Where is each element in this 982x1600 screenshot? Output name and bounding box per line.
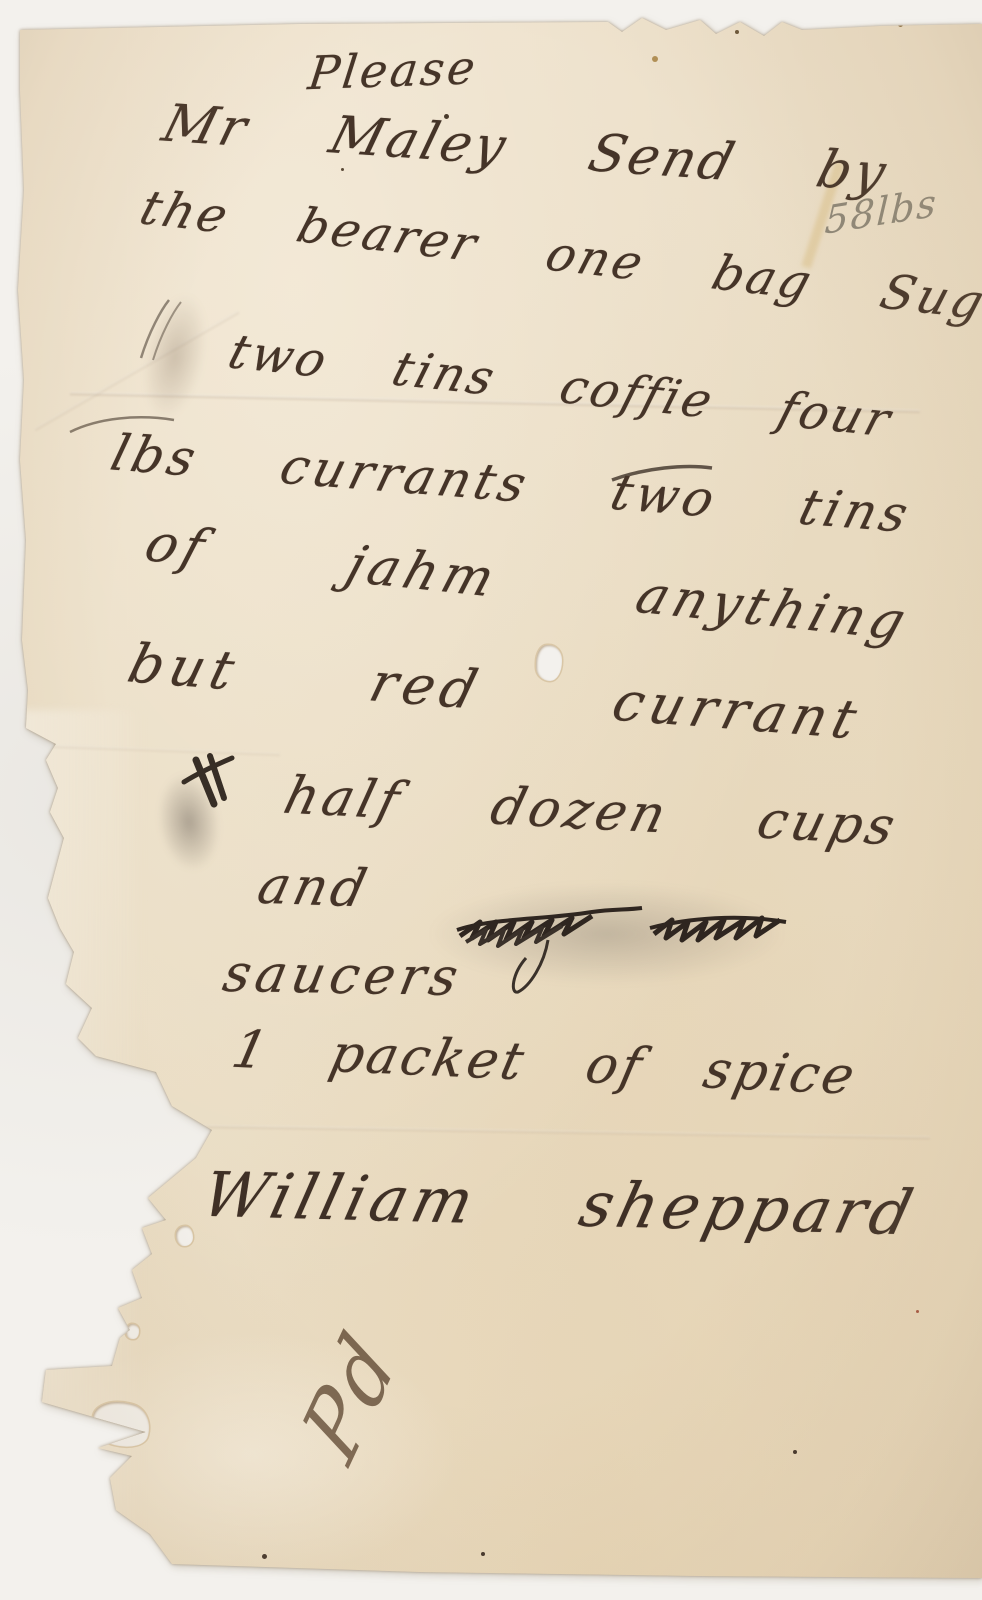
ink-speck <box>793 1450 797 1454</box>
paper-hole <box>126 1324 139 1339</box>
letter-line-spice: 1 packet of spice <box>227 1020 863 1107</box>
letter-word-saucers: saucers <box>218 944 467 1008</box>
letter-paper: Please Mr Maley Send by the bearer one b… <box>0 0 982 1600</box>
letter-line-cups: half dozen cups <box>278 766 904 857</box>
ink-speck <box>262 1554 267 1559</box>
letter-word-and: and <box>252 856 375 919</box>
ink-blot <box>168 752 248 822</box>
red-speck <box>916 1310 919 1313</box>
paper-shadow-wrap: Please Mr Maley Send by the bearer one b… <box>0 0 982 1600</box>
scribbled-out-word <box>452 892 662 1002</box>
letter-line-coffee: two tins coffie four <box>222 324 899 448</box>
stain-speck <box>652 56 658 62</box>
scan-background: Please Mr Maley Send by the bearer one b… <box>0 0 982 1600</box>
letter-word-please: Please <box>305 40 481 100</box>
scribbled-out-word <box>648 896 793 966</box>
stain-speck <box>898 22 903 27</box>
ink-speck <box>481 1552 485 1556</box>
paper-hole <box>536 645 562 681</box>
paper-hole <box>176 1226 193 1246</box>
stray-ink-mark <box>135 296 195 366</box>
signature: William sheppard <box>196 1158 925 1249</box>
stain-speck <box>341 168 344 171</box>
paper-crease <box>150 1124 930 1139</box>
letter-line-addressee: Mr Maley Send by <box>156 94 895 204</box>
stain-speck <box>735 30 739 34</box>
